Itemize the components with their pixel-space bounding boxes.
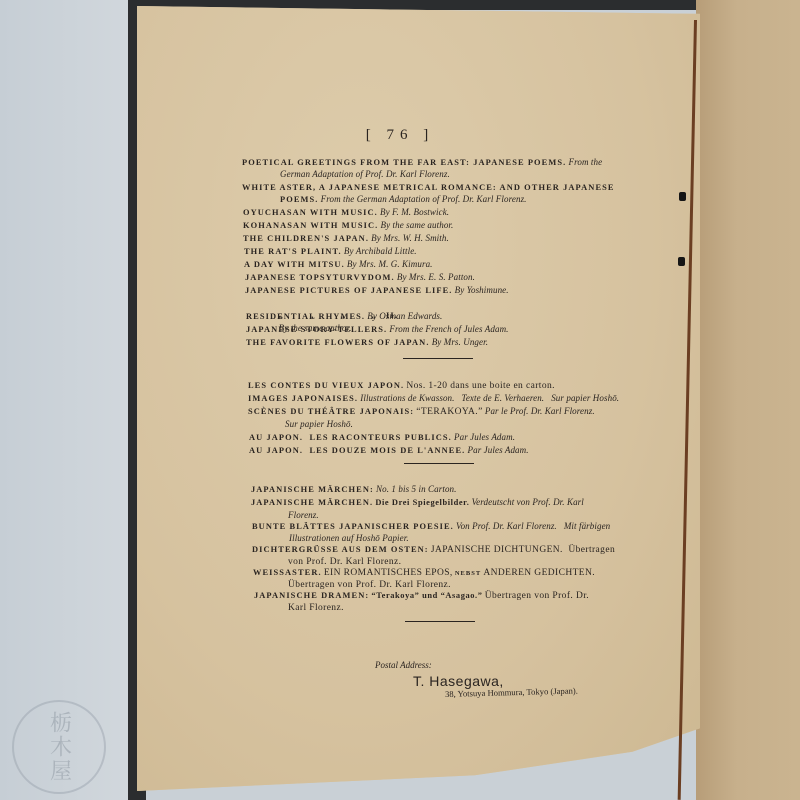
catalog-entry: A DAY WITH MITSU. By Mrs. M. G. Kimura.: [244, 258, 433, 271]
postal-address-label: Postal Address:: [375, 660, 432, 670]
section-divider: [405, 621, 475, 622]
catalog-entry: KOHANASAN WITH MUSIC. By the same author…: [243, 219, 453, 232]
page-content: [ 76 ] POETICAL GREETINGS FROM THE FAR E…: [0, 0, 800, 800]
catalog-entry: JAPANISCHE MÄRCHEN: No. 1 bis 5 in Carto…: [251, 483, 457, 496]
publisher-name: T. Hasegawa,: [413, 673, 504, 689]
catalog-entry: IMAGES JAPONAISES. Illustrations de Kwas…: [248, 392, 619, 405]
catalog-entry: THE RAT'S PLAINT. By Archibald Little.: [244, 245, 417, 258]
catalog-entry: JAPANESE PICTURES OF JAPANESE LIFE. By Y…: [245, 284, 509, 297]
section-divider: [403, 358, 473, 359]
catalog-entry: AU JAPON. LES RACONTEURS PUBLICS. Par Ju…: [249, 431, 515, 444]
catalog-entry: AU JAPON. LES DOUZE MOIS DE L'ANNEE. Par…: [249, 444, 529, 457]
catalog-entry: RESIDENTIAL RHYMES. By Osman Edwards.: [246, 310, 442, 323]
catalog-entry-continuation: German Adaptation of Prof. Dr. Karl Flor…: [280, 168, 450, 180]
catalog-entry-continuation: Sur papier Hoshō.: [285, 418, 353, 430]
catalog-entry-continuation: POEMS. From the German Adaptation of Pro…: [280, 193, 527, 206]
page-number: [ 76 ]: [0, 127, 800, 144]
section-divider: [404, 463, 474, 464]
catalog-entry: THE FAVORITE FLOWERS OF JAPAN. By Mrs. U…: [246, 336, 488, 349]
catalog-entry: JAPANISCHE MÄRCHEN. Die Drei Spiegelbild…: [251, 496, 584, 509]
catalog-entry: JAPANESE TOPSYTURVYDOM. By Mrs. E. S. Pa…: [245, 271, 475, 284]
publisher-address: 38, Yotsuya Hommura, Tokyo (Japan).: [445, 686, 578, 699]
catalog-entry: SCÈNES DU THÉÂTRE JAPONAIS: “TERAKOYA.” …: [248, 405, 595, 418]
catalog-entry: THE CHILDREN'S JAPAN. By Mrs. W. H. Smit…: [243, 232, 449, 245]
catalog-entry-continuation: Karl Florenz.: [288, 601, 344, 614]
catalog-entry: OYUCHASAN WITH MUSIC. By F. M. Bostwick.: [243, 206, 449, 219]
catalog-entry: JAPANESE STORY-TELLERS. From the French …: [246, 323, 509, 336]
catalog-entry: LES CONTES DU VIEUX JAPON. Nos. 1-20 dan…: [248, 379, 555, 392]
